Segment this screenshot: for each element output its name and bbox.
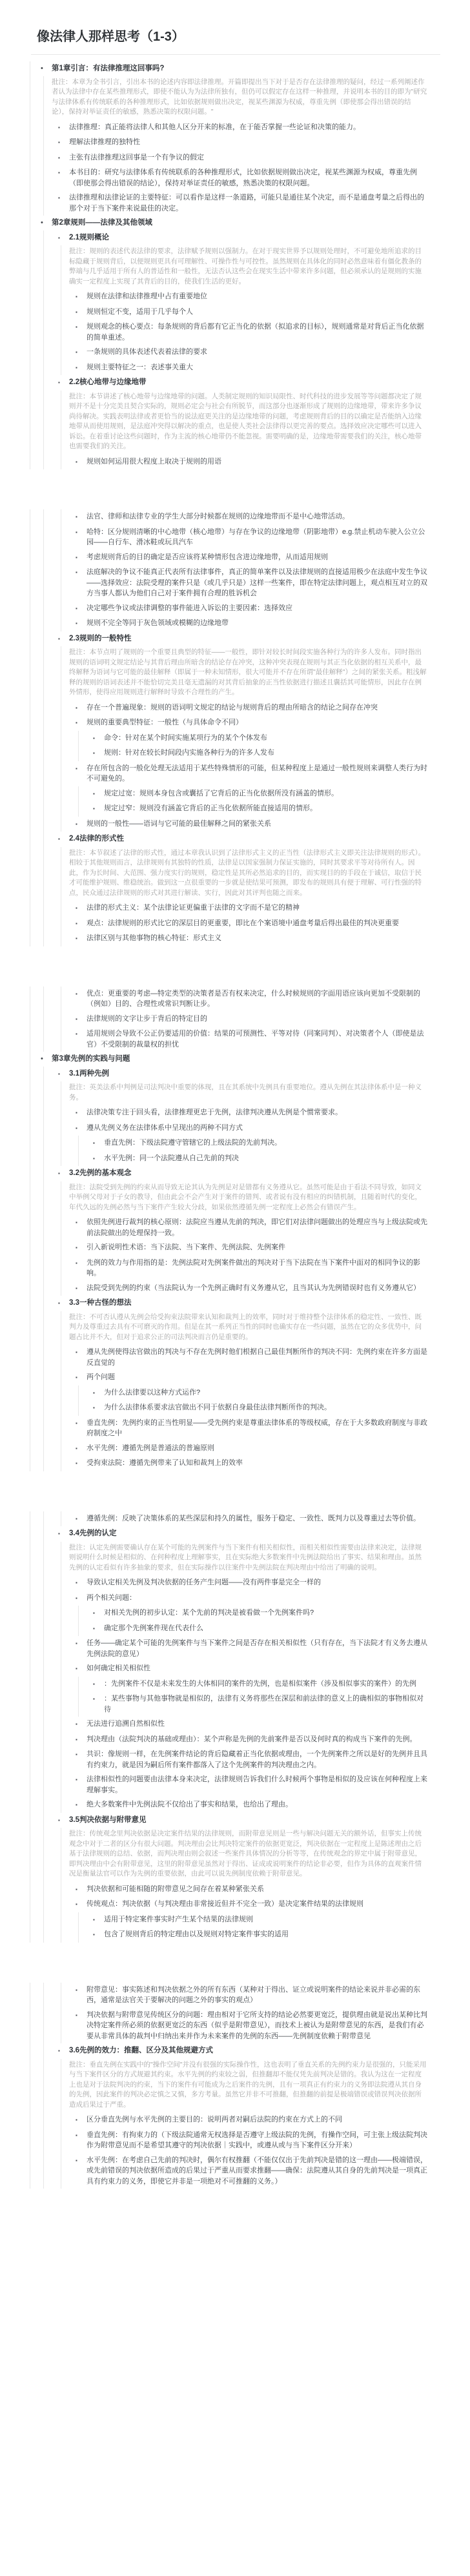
outline-item: ▪水平先例：同一个法院遵从自己先前的判决 — [0, 1151, 470, 1167]
note-text: 批注：本章为全书引言，引出本书的论述内容即法律推理。开篇即提出当下对于是否存在法… — [52, 77, 427, 118]
outline-item: ▪规定过窄：规则没有涵盖它背后的正当化依据所能直接适用的情形。 — [0, 801, 470, 817]
note-block: 批注：本节讲述了核心地带与边缘地带的问题。人类制定规则的知识局限性、时代科技的进… — [0, 391, 470, 455]
outline-item-text: 法官、律师和法律专业的学生大部分时候都在规则的边缘地带而不是中心地带活动。 — [87, 511, 427, 522]
outline-item: ▪对相关先例的初步认定：某个先前的判决是被看做一个先例案件吗? — [0, 1606, 470, 1621]
bullet-icon: ▪ — [58, 192, 69, 204]
outline-item-text: 存在所包含的一般化处理无法适用于某些特殊情形的可能，但某种程度上是通过一般性规则… — [87, 763, 427, 784]
bullet-icon: ▪ — [93, 1929, 104, 1941]
bullet-icon: ▪ — [76, 933, 87, 945]
note-text: 批注：本节叙述了法律的形式性，通过本章我认识到了法律形式主义的正当性（法律形式主… — [69, 848, 427, 899]
outline-item-text: 受拘束法院：遵循先例带来了认知和裁判上的效率 — [87, 1458, 427, 1469]
outline-item-text: 水平先例：遵循先例是普通法的普遍原则 — [87, 1443, 427, 1454]
outline-item: ▪规则：针对在较长时间段内实施各种行为的许多人发布 — [0, 746, 470, 761]
outline-item: ▪绝大多数案件中先例法院不仅给出了事实和结果，也给出了理由。 — [0, 1797, 470, 1813]
outline-item-text: 垂直先例：下级法院遵守管辖它的上级法院的先前判决。 — [104, 1138, 427, 1149]
outline-item: ▪适用于特定案件事实时产生某个结果的法律规则 — [0, 1912, 470, 1928]
note-block: 批注：本节叙述了法律的形式性，通过本章我认识到了法律形式主义的正当性（法律形式主… — [0, 847, 470, 901]
section-heading: ▪3.1两种先例 — [0, 1067, 470, 1082]
chapter-heading: •第2章规则——法律及其他领域 — [0, 216, 470, 230]
outline-item: ▪共识：像规则一样，在先例案件结论的背后隐藏着正当化依据或理由，一个先例案件之所… — [0, 1747, 470, 1772]
outline-item: ▪存在一个普遍现象：规则的语词明文规定的结论与规则背后的理由所暗含的结论之间存在… — [0, 700, 470, 716]
outline-item: ▪规则在法律和法律推理中占有重要地位 — [0, 289, 470, 305]
outline-item-text: 优点：更重要的考虑—特定类型的决策者是否有权来决定，什么时候规则的字面用语应该向… — [87, 988, 427, 1010]
outline-item-text: 规则恒定不变，适用于几乎每个人 — [87, 307, 427, 318]
outline-item-text: 区分垂直先例与水平先例的主要目的：说明两者对嗣后法院的约束在方式上的不同 — [87, 2114, 427, 2125]
outline-item: ▪传统观点：判决依据（与判决理由非常接近但并不完全一致）是决定案件结果的法律规则 — [0, 1897, 470, 1912]
outline-item: ▪规则主要特征之一：表述事关重大 — [0, 360, 470, 376]
bullet-icon: ▪ — [93, 1402, 104, 1414]
bullet-icon: ▪ — [76, 1028, 87, 1040]
page-break-spacer — [0, 1471, 470, 1511]
outline-item: ▪考虑规则背后的目的确定是否应该将某种情形包含进边缘地带，从而适用规则 — [0, 550, 470, 566]
outline-item-text: 水平先例：在考虑自己先前的判决时，偶尔有权推翻（不能仅仅出于先前判决是错的这一理… — [87, 2155, 427, 2187]
outline-item: ▪法律的形式主义：某个法律论证更偏重于法律的文字而不是它的精神 — [0, 901, 470, 916]
outline-item-text: 2.1规则概论 — [69, 232, 427, 243]
bullet-icon: ▪ — [58, 1528, 69, 1540]
page-break-spacer — [0, 946, 470, 986]
bullet-icon: ▪ — [76, 988, 87, 1000]
bullet-icon: ▪ — [76, 552, 87, 564]
outline-item: ▪规则的一般性——语词与它可能的最佳解释之间的紧张关系 — [0, 817, 470, 832]
outline-item: ▪一条规则的具体表述代表着法律的要求 — [0, 345, 470, 360]
outline-item-text: 规则在法律和法律推理中占有重要地位 — [87, 291, 427, 302]
bullet-icon: ▪ — [76, 1985, 87, 1996]
bullet-icon: ▪ — [93, 733, 104, 744]
outline-item-text: 判决理由（法院判决的基础或理由）：某个声称是先例的先前案件是否以及何时真的构成当… — [87, 1734, 427, 1745]
bullet-icon: ▪ — [76, 1014, 87, 1025]
outline-item-text: 如何确定相关相似性 — [87, 1663, 427, 1674]
outline-item-text: 规则不完全等同于灰色领域或模糊的边缘地带 — [87, 618, 427, 629]
bullet-icon: ▪ — [76, 1719, 87, 1730]
bullet-icon: ▪ — [93, 1608, 104, 1619]
outline-item: ▪水平先例：在考虑自己先前的判决时，偶尔有权推翻（不能仅仅出于先前判决是错的这一… — [0, 2153, 470, 2189]
bullet-icon: ▪ — [76, 1513, 87, 1525]
outline-item: ▪判决理由（法院判决的基础或理由）：某个声称是先例的先前案件是否以及何时真的构成… — [0, 1732, 470, 1748]
outline-item-text: 法律相似性的问题要由法律本身来决定，法律规则告诉我们什么时候两个事物是相似的及应… — [87, 1774, 427, 1795]
outline-item: ▪如何确定相关相似性 — [0, 1661, 470, 1677]
section-heading: ▪2.2核心地带与边缘地带 — [0, 375, 470, 391]
outline-item-text: 3.4先例的认定 — [69, 1528, 427, 1539]
bullet-icon: ▪ — [76, 603, 87, 615]
outline-item-text: 法庭解决的争议不能真正代表所有法律事件，真正的简单案件以及法律规则的直接适用极少… — [87, 567, 427, 599]
note-block: 批注：垂直先例在实践中的"操作空间"并没有很强的实际操作性，这也表明了垂直关系的… — [0, 2059, 470, 2113]
outline-item-text: 存在一个普遍现象：规则的语词明文规定的结论与规则背后的理由所暗含的结论之间存在冲… — [87, 702, 427, 713]
outline-item-text: 命令：针对在某个时间实施某项行为的某个个体发布 — [104, 733, 427, 744]
bullet-icon: ▪ — [76, 1443, 87, 1455]
outline-item: ▪附带意见：事实陈述和判决依据之外的所有东西（某种对于得出、证立或说明案件的结论… — [0, 1983, 470, 2008]
outline-item-text: ：先例案件不仅是未来发生的大体相同的案件的先例，也是相似案件（涉及相似事实的案件… — [104, 1679, 427, 1690]
outline-item-text: 遵从先例使得法官做出的判决与不存在先例时他们根据自己最佳判断所作的判决不同：先例… — [87, 1347, 427, 1368]
outline-item-text: 规则的重要典型特征：一般性（与具体命令不同） — [87, 717, 427, 728]
outline-item: ▪遵循先例：反映了决策体系的某些深层和持久的属性，服务于稳定、一致性、既判力以及… — [0, 1511, 470, 1527]
note-block: 批注：不可否认遵从先例会给受拘束法院带来认知和裁判上的效率，同时对于维持整个法律… — [0, 1311, 470, 1345]
outline-item-text: 规则主要特征之一：表述事关重大 — [87, 362, 427, 373]
outline-item: ▪任务——确定某个可能的先例案件与当下案件之间是否存在相关相似性（只有存在，当下… — [0, 1636, 470, 1661]
bullet-icon: ▪ — [76, 1242, 87, 1254]
page-title: 像法律人那样思考（1-3） — [37, 28, 429, 46]
outline-item-text: 法院受到先例的约束（当法院认为一个先例正确时有义务遵从它，且当其认为先例错误时也… — [87, 1283, 427, 1294]
outline-item-text: 观点：法律规则的形式比它的深层目的更重要，即比在个案语境中通盘考量后得出最佳的判… — [87, 918, 427, 929]
outline-item-text: 引入新说明性术语：当下法院、当下案件、先例法院、先例案件 — [87, 1242, 427, 1253]
bullet-icon: ▪ — [76, 291, 87, 303]
outline-item-text: 规定过宽：规则本身包含或囊括了它背后的正当化依据所没有涵盖的情形。 — [104, 788, 427, 799]
outline-item: ▪规则不完全等同于灰色领域或模糊的边缘地带 — [0, 616, 470, 631]
bullet-icon: ▪ — [76, 1638, 87, 1650]
section-heading: ▪3.5判决依据与附带意见 — [0, 1813, 470, 1828]
bullet-icon: ▪ — [76, 717, 87, 729]
outline-item-text: 导致认定相关先例及判决依据的任务产生问题——没有两件事是完全一样的 — [87, 1577, 427, 1588]
outline-item: ▪垂直先例：先例约束的正当性明显——受先例约束是尊重法律体系的等级权威，存在于大… — [0, 1416, 470, 1441]
outline-item-text: 法律推理：真正能将法律人和其他人区分开来的标准，在于能否掌握一些论证和决策的能力… — [69, 122, 427, 133]
outline-item: ▪优点：更重要的考虑—特定类型的决策者是否有权来决定，什么时候规则的字面用语应该… — [0, 986, 470, 1012]
outline-item: ▪确定那个先例案件现在代表什么 — [0, 1621, 470, 1637]
note-text: 批注：英美法系中判例是司法判决中重要的体现，且在其系统中先例具有重要地位。遵从先… — [69, 1083, 427, 1103]
outline-item-text: 任务——确定某个可能的先例案件与当下案件之间是否存在相关相似性（只有存在，当下法… — [87, 1638, 427, 1659]
bullet-icon: ▪ — [58, 1068, 69, 1080]
outline-item: ▪判决依据与附带意见传统区分的问题：理由相对于它所支持的结论必然要更宽泛，提供理… — [0, 2008, 470, 2044]
section-heading: ▪3.2先例的基本观念 — [0, 1166, 470, 1181]
outline-item-text: 为什么法律要以这种方式运作? — [104, 1387, 427, 1398]
outline-item: ▪规定过宽：规则本身包含或囊括了它背后的正当化依据所没有涵盖的情形。 — [0, 786, 470, 802]
outline-item-text: 两个问题 — [87, 1372, 427, 1383]
outline-item-text: 两个相关问题： — [87, 1593, 427, 1604]
outline-item-text: 适用于特定案件事实时产生某个结果的法律规则 — [104, 1914, 427, 1925]
outline-item-text: 决定哪些争议或法律调整的事件能进入诉讼的主要因素：选择效应 — [87, 603, 427, 614]
outline-item: ▪区分垂直先例与水平先例的主要目的：说明两者对嗣后法院的约束在方式上的不同 — [0, 2112, 470, 2128]
outline-item-text: 垂直先例：先例约束的正当性明显——受先例约束是尊重法律体系的等级权威，存在于大多… — [87, 1418, 427, 1439]
outline-item: ▪法律推理和法律论证的主要特征：可以看作是这样一条道路，可能只是通往某个决定，而… — [0, 190, 470, 216]
note-block: 批注：传统观念里判决依据是决定案件结果的法律规则，而附带意见则是一些与解决问题无… — [0, 1828, 470, 1882]
bullet-icon: ▪ — [93, 1693, 104, 1705]
outline-item: ▪法官、律师和法律专业的学生大部分时候都在规则的边缘地带而不是中心地带活动。 — [0, 509, 470, 525]
outline-item-text: 法律决策专注于回头看，法律推理更忠于先例，法律判决遵从先例是个惯常要求。 — [87, 1107, 427, 1118]
bullet-icon: ▪ — [76, 307, 87, 318]
note-block: 批注：认定先例需要确认存在某个可能的先例案件与当下案件有相关相似性，而相关相似性… — [0, 1542, 470, 1576]
bullet-icon: ▪ — [58, 122, 69, 134]
bullet-icon: ▪ — [58, 167, 69, 179]
bullet-icon: ▪ — [76, 362, 87, 374]
bullet-icon: ▪ — [58, 152, 69, 164]
outline-item-text: 对相关先例的初步认定：某个先前的判决是被看做一个先例案件吗? — [104, 1608, 427, 1619]
bullet-icon: • — [41, 218, 52, 229]
bullet-icon: ▪ — [76, 2114, 87, 2126]
outline-item-text: 第2章规则——法律及其他领域 — [52, 218, 427, 229]
bullet-icon: ▪ — [76, 2010, 87, 2021]
outline-item: ▪本书目的：研究与法律体系有传统联系的各种推理形式，比如依据规则做出决定，视某些… — [0, 165, 470, 190]
outline-item: ▪规则恒定不变，适用于几乎每个人 — [0, 305, 470, 320]
bullet-icon: ▪ — [76, 1123, 87, 1134]
bullet-icon: ▪ — [76, 1749, 87, 1761]
bullet-icon: ▪ — [58, 633, 69, 645]
bullet-icon: ▪ — [93, 1914, 104, 1926]
outline-item-text: 2.2核心地带与边缘地带 — [69, 377, 427, 388]
bullet-icon: ▪ — [76, 1347, 87, 1358]
bullet-icon: ▪ — [58, 232, 69, 244]
bullet-icon: ▪ — [93, 788, 104, 800]
outline-item: ▪法律推理：真正能将法律人和其他人区分开来的标准，在于能否掌握一些论证和决策的能… — [0, 120, 470, 136]
note-block: 批注：本章为全书引言，引出本书的论述内容即法律推理。开篇即提出当下对于是否存在法… — [0, 76, 470, 120]
outline-item: ▪法律规则的文字让步于背后的特定目的 — [0, 1012, 470, 1027]
bullet-icon: ▪ — [93, 1623, 104, 1635]
bullet-icon: ▪ — [76, 347, 87, 358]
outline-item-text: 2.4法律的形式性 — [69, 833, 427, 844]
outline-item-text: 主张有法律推理这回事是一个有争议的假定 — [69, 152, 427, 163]
outline-item: ▪规则观念的核心要点：每条规则的背后都有它正当化的依据（拟追求的目标），规则通常… — [0, 320, 470, 345]
bullet-icon: ▪ — [76, 1458, 87, 1469]
outline-item-text: 法律推理和法律论证的主要特征：可以看作是这样一条道路，可能只是通往某个决定，而不… — [69, 192, 427, 214]
bullet-icon: ▪ — [76, 1884, 87, 1896]
outline-item: ▪主张有法律推理这回事是一个有争议的假定 — [0, 150, 470, 166]
outline-item: ▪命令：针对在某个时间实施某项行为的某个个体发布 — [0, 731, 470, 746]
bullet-icon: ▪ — [76, 1663, 87, 1675]
bullet-icon: ▪ — [58, 1815, 69, 1826]
outline-item-text: 法律区别与其他事物的核心特征：形式主义 — [87, 933, 427, 944]
outline-item-text: 为什么法律体系要求法官做出不同于依据自身最佳法律判断所作的判决。 — [104, 1402, 427, 1413]
outline-item: ▪遵从先例义务在法律体系中呈现出的两种不同方式 — [0, 1121, 470, 1136]
bullet-icon: ▪ — [76, 819, 87, 830]
outline-item-text: 规定过窄：规则没有涵盖它背后的正当化依据所能直接适用的情形。 — [104, 803, 427, 814]
outline-item: ▪垂直先例：有拘束力的（下级法院通常无权选择是否遵守上级法院的先例，有操作空间，… — [0, 2128, 470, 2153]
bullet-icon: ▪ — [58, 1168, 69, 1180]
outline-item-text: 附带意见：事实陈述和判决依据之外的所有东西（某种对于得出、证立或说明案件的结论来… — [87, 1985, 427, 2006]
title-divider — [31, 54, 440, 55]
bullet-icon: ▪ — [76, 618, 87, 629]
outline-item-text: 判决依据和可能相随的附带意见之间存在着某种紧张关系 — [87, 1884, 427, 1895]
section-heading: ▪2.1规则概论 — [0, 230, 470, 246]
bullet-icon: ▪ — [93, 1387, 104, 1399]
bullet-icon: ▪ — [76, 1593, 87, 1604]
chapter-heading: •第3章先例的实践与问题 — [0, 1052, 470, 1067]
outline-item: ▪判决依据和可能相随的附带意见之间存在着某种紧张关系 — [0, 1882, 470, 1897]
bullet-icon: ▪ — [76, 511, 87, 523]
bullet-icon: ▪ — [76, 567, 87, 578]
outline-item: ▪哈特：区分规则清晰的中心地带（核心地带）与存在争议的边缘地带（阴影地带）e.g… — [0, 525, 470, 550]
outline-item-text: 考虑规则背后的目的确定是否应该将某种情形包含进边缘地带，从而适用规则 — [87, 552, 427, 563]
outline-item: ▪为什么法律体系要求法官做出不同于依据自身最佳法律判断所作的判决。 — [0, 1400, 470, 1416]
section-heading: ▪3.4先例的认定 — [0, 1526, 470, 1542]
outline-item-text: 确定那个先例案件现在代表什么 — [104, 1623, 427, 1634]
bullet-icon: ▪ — [93, 1153, 104, 1165]
outline-item-text: 遵从先例义务在法律体系中呈现出的两种不同方式 — [87, 1123, 427, 1134]
bullet-icon: • — [41, 1054, 52, 1065]
outline-item-text: 法律规则的文字让步于背后的特定目的 — [87, 1014, 427, 1025]
outline-item-text: 依照先例进行裁判的核心原则：法院应当遵从先前的判决，即它们对法律问题做出的处理应… — [87, 1217, 427, 1238]
outline-item-text: 3.6先例的效力：推翻、区分及其他规避方式 — [69, 2045, 427, 2056]
note-text: 批注：本节点明了规则的一个重要且典型的特征——一般性，即针对较长时间段实施各种行… — [69, 648, 427, 698]
bullet-icon: ▪ — [93, 1138, 104, 1149]
outline-item-text: 规则如何运用很大程度上取决于规则的用语 — [87, 456, 427, 467]
outline-item: ▪：先例案件不仅是未来发生的大体相同的案件的先例，也是相似案件（涉及相似事实的案… — [0, 1677, 470, 1692]
outline-item-text: 绝大多数案件中先例法院不仅给出了事实和结果，也给出了理由。 — [87, 1799, 427, 1810]
outline-item: ▪法院受到先例的约束（当法院认为一个先例正确时有义务遵从它，且当其认为先例错误时… — [0, 1281, 470, 1296]
note-block: 批注：英美法系中判例是司法判决中重要的体现，且在其系统中先例具有重要地位。遵从先… — [0, 1081, 470, 1105]
outline-item-text: 哈特：区分规则清晰的中心地带（核心地带）与存在争议的边缘地带（阴影地带）e.g.… — [87, 527, 427, 548]
outline-item: ▪适用规则会导致不公正仍要适用的价值：结果的可预测性、平等对待（同案同判）、对决… — [0, 1027, 470, 1052]
outline-item-text: 适用规则会导致不公正仍要适用的价值：结果的可预测性、平等对待（同案同判）、对决策… — [87, 1028, 427, 1050]
outline-item: ▪观点：法律规则的形式比它的深层目的更重要，即比在个案语境中通盘考量后得出最佳的… — [0, 916, 470, 932]
bullet-icon: ▪ — [76, 1899, 87, 1910]
bullet-icon: ▪ — [58, 377, 69, 389]
note-text: 批注：不可否认遵从先例会给受拘束法院带来认知和裁判上的效率，同时对于维持整个法律… — [69, 1313, 427, 1343]
note-text: 批注：本节讲述了核心地带与边缘地带的问题。人类制定规则的知识局限性、时代科技的进… — [69, 392, 427, 452]
note-text: 批注：传统观念里判决依据是决定案件结果的法律规则，而附带意见则是一些与解决问题无… — [69, 1829, 427, 1879]
bullet-icon: ▪ — [76, 1774, 87, 1786]
outline-item: ▪水平先例：遵循先例是普通法的普遍原则 — [0, 1441, 470, 1457]
bullet-icon: ▪ — [76, 1799, 87, 1811]
outline-item-text: 3.1两种先例 — [69, 1068, 427, 1079]
bullet-icon: ▪ — [76, 1283, 87, 1294]
outline-item: ▪包含了规则背后的特定理由以及规则对特定案件事实的适用 — [0, 1927, 470, 1943]
note-text: 批注：规则的表述代表法律的要求，法律赋予规则以强制力。在对于现实世界予以规则处理… — [69, 247, 427, 287]
outline-item-text: 先例的效力与作用指的是：先例法院对先例案件做出的判决对于当下法院在当下案件中面对… — [87, 1258, 427, 1279]
bullet-icon: ▪ — [76, 456, 87, 468]
outline-item-text: 3.5判决依据与附带意见 — [69, 1815, 427, 1826]
note-block: 批注：法院受到先例的约束从而导致无论其认为先例是对是错都有义务遵从它。虽然可能是… — [0, 1181, 470, 1216]
bullet-icon: • — [41, 63, 52, 74]
bullet-icon: ▪ — [58, 833, 69, 845]
section-heading: ▪3.3一种古怪的想法 — [0, 1296, 470, 1311]
outline-item: ▪决定哪些争议或法律调整的事件能进入诉讼的主要因素：选择效应 — [0, 601, 470, 617]
outline-item: ▪遵从先例使得法官做出的判决与不存在先例时他们根据自己最佳判断所作的判决不同：先… — [0, 1345, 470, 1370]
outline-item-text: 2.3规则的一般特性 — [69, 633, 427, 644]
bullet-icon: ▪ — [76, 527, 87, 538]
bullet-icon: ▪ — [76, 1107, 87, 1119]
bullet-icon: ▪ — [76, 1734, 87, 1746]
outline-item: ▪为什么法律要以这种方式运作? — [0, 1385, 470, 1401]
outline-item-text: 无法进行追溯自然相似性 — [87, 1719, 427, 1730]
outline-item: ▪受拘束法院：遵循先例带来了认知和裁判上的效率 — [0, 1456, 470, 1471]
bullet-icon: ▪ — [58, 137, 69, 148]
outline-item-text: ：某些事物与其他事物就是相似的，法律有义务将那些在深层和前法律的意义上的确相似的… — [104, 1693, 427, 1715]
bullet-icon: ▪ — [76, 322, 87, 333]
bullet-icon: ▪ — [76, 1577, 87, 1589]
outline-item: ▪法律相似性的问题要由法律本身来决定，法律规则告诉我们什么时候两个事物是相似的及… — [0, 1772, 470, 1797]
outline-item-text: 法律的形式主义：某个法律论证更偏重于法律的文字而不是它的精神 — [87, 903, 427, 914]
outline-item-text: 水平先例：同一个法院遵从自己先前的判决 — [104, 1153, 427, 1164]
outline-item: ▪先例的效力与作用指的是：先例法院对先例案件做出的判决对于当下法院在当下案件中面… — [0, 1256, 470, 1281]
outline-item: ▪法庭解决的争议不能真正代表所有法律事件，真正的简单案件以及法律规则的直接适用极… — [0, 565, 470, 601]
outline-item-text: 第1章引言：有法律推理这回事吗? — [52, 63, 427, 74]
section-heading: ▪2.3规则的一般特性 — [0, 631, 470, 647]
section-heading: ▪3.6先例的效力：推翻、区分及其他规避方式 — [0, 2043, 470, 2059]
chapter-heading: •第1章引言：有法律推理这回事吗? — [0, 61, 470, 76]
note-block: 批注：本节点明了规则的一个重要且典型的特征——一般性，即针对较长时间段实施各种行… — [0, 646, 470, 700]
note-text: 批注：认定先例需要确认存在某个可能的先例案件与当下案件有相关相似性，而相关相似性… — [69, 1543, 427, 1573]
note-text: 批注：垂直先例在实践中的"操作空间"并没有很强的实际操作性，这也表明了垂直关系的… — [69, 2060, 427, 2111]
outline-item: ▪法律区别与其他事物的核心特征：形式主义 — [0, 931, 470, 946]
bullet-icon: ▪ — [76, 918, 87, 930]
outline-item: ▪存在所包含的一般化处理无法适用于某些特殊情形的可能，但某种程度上是通过一般性规… — [0, 761, 470, 786]
outline-item-text: 垂直先例：有拘束力的（下级法院通常无权选择是否遵守上级法院的先例，有操作空间，可… — [87, 2130, 427, 2151]
page-break-spacer — [0, 469, 470, 509]
bullet-icon: ▪ — [76, 702, 87, 714]
bullet-icon: ▪ — [76, 1418, 87, 1429]
bullet-icon: ▪ — [76, 2130, 87, 2142]
outline-item-text: 传统观点：判决依据（与判决理由非常接近但并不完全一致）是决定案件结果的法律规则 — [87, 1899, 427, 1910]
outline-item: ▪两个问题 — [0, 1370, 470, 1385]
outline-item: ▪导致认定相关先例及判决依据的任务产生问题——没有两件事是完全一样的 — [0, 1575, 470, 1591]
outline-item-text: 判决依据与附带意见传统区分的问题：理由相对于它所支持的结论必然要更宽泛，提供理由… — [87, 2010, 427, 2042]
outline-item: ▪依照先例进行裁判的核心原则：法院应当遵从先前的判决，即它们对法律问题做出的处理… — [0, 1215, 470, 1240]
outline-item: ▪引入新说明性术语：当下法院、当下案件、先例法院、先例案件 — [0, 1240, 470, 1256]
outline-item: ▪两个相关问题： — [0, 1591, 470, 1606]
outline-item-text: 包含了规则背后的特定理由以及规则对特定案件事实的适用 — [104, 1929, 427, 1940]
outline-item-text: 3.2先例的基本观念 — [69, 1168, 427, 1179]
outline-list: •第1章引言：有法律推理这回事吗?批注：本章为全书引言，引出本书的论述内容即法律… — [0, 61, 470, 2189]
bullet-icon: ▪ — [76, 2155, 87, 2167]
bullet-icon: ▪ — [93, 748, 104, 759]
outline-item-text: 理解法律推理的独特性 — [69, 137, 427, 148]
outline-item-text: 一条规则的具体表述代表着法律的要求 — [87, 347, 427, 358]
bullet-icon: ▪ — [93, 803, 104, 815]
outline-item: ▪规则的重要典型特征：一般性（与具体命令不同） — [0, 715, 470, 731]
bullet-icon: ▪ — [93, 1679, 104, 1690]
outline-item: ▪无法进行追溯自然相似性 — [0, 1717, 470, 1732]
outline-item-text: 共识：像规则一样，在先例案件结论的背后隐藏着正当化依据或理由，一个先例案件之所以… — [87, 1749, 427, 1770]
note-text: 批注：法院受到先例的约束从而导致无论其认为先例是对是错都有义务遵从它。虽然可能是… — [69, 1183, 427, 1213]
outline-item-text: 规则观念的核心要点：每条规则的背后都有它正当化的依据（拟追求的目标），规则通常是… — [87, 322, 427, 343]
bullet-icon: ▪ — [58, 2045, 69, 2057]
outline-item: ▪规则如何运用很大程度上取决于规则的用语 — [0, 455, 470, 470]
page-break-spacer — [0, 1943, 470, 1983]
section-heading: ▪2.4法律的形式性 — [0, 832, 470, 847]
bullet-icon: ▪ — [76, 763, 87, 775]
bullet-icon: ▪ — [76, 1217, 87, 1229]
outline-item: ▪理解法律推理的独特性 — [0, 135, 470, 150]
document-body: 像法律人那样思考（1-3） •第1章引言：有法律推理这回事吗?批注：本章为全书引… — [0, 0, 470, 2189]
outline-item: ▪垂直先例：下级法院遵守管辖它的上级法院的先前判决。 — [0, 1136, 470, 1151]
outline-item-text: 本书目的：研究与法律体系有传统联系的各种推理形式，比如依据规则做出决定，视某些渊… — [69, 167, 427, 189]
bullet-icon: ▪ — [58, 1298, 69, 1309]
outline-item-text: 规则：针对在较长时间段内实施各种行为的许多人发布 — [104, 748, 427, 759]
outline-item-text: 3.3一种古怪的想法 — [69, 1298, 427, 1309]
outline-item: ▪法律决策专注于回头看，法律推理更忠于先例，法律判决遵从先例是个惯常要求。 — [0, 1105, 470, 1121]
outline-item-text: 遵循先例：反映了决策体系的某些深层和持久的属性，服务于稳定、一致性、既判力以及尊… — [87, 1513, 427, 1524]
note-block: 批注：规则的表述代表法律的要求，法律赋予规则以强制力。在对于现实世界予以规则处理… — [0, 245, 470, 289]
outline-item: ▪：某些事物与其他事物就是相似的，法律有义务将那些在深层和前法律的意义上的确相似… — [0, 1692, 470, 1717]
outline-item-text: 规则的一般性——语词与它可能的最佳解释之间的紧张关系 — [87, 819, 427, 830]
bullet-icon: ▪ — [76, 1258, 87, 1269]
bullet-icon: ▪ — [76, 903, 87, 914]
bullet-icon: ▪ — [76, 1372, 87, 1384]
outline-item-text: 第3章先例的实践与问题 — [52, 1054, 427, 1065]
